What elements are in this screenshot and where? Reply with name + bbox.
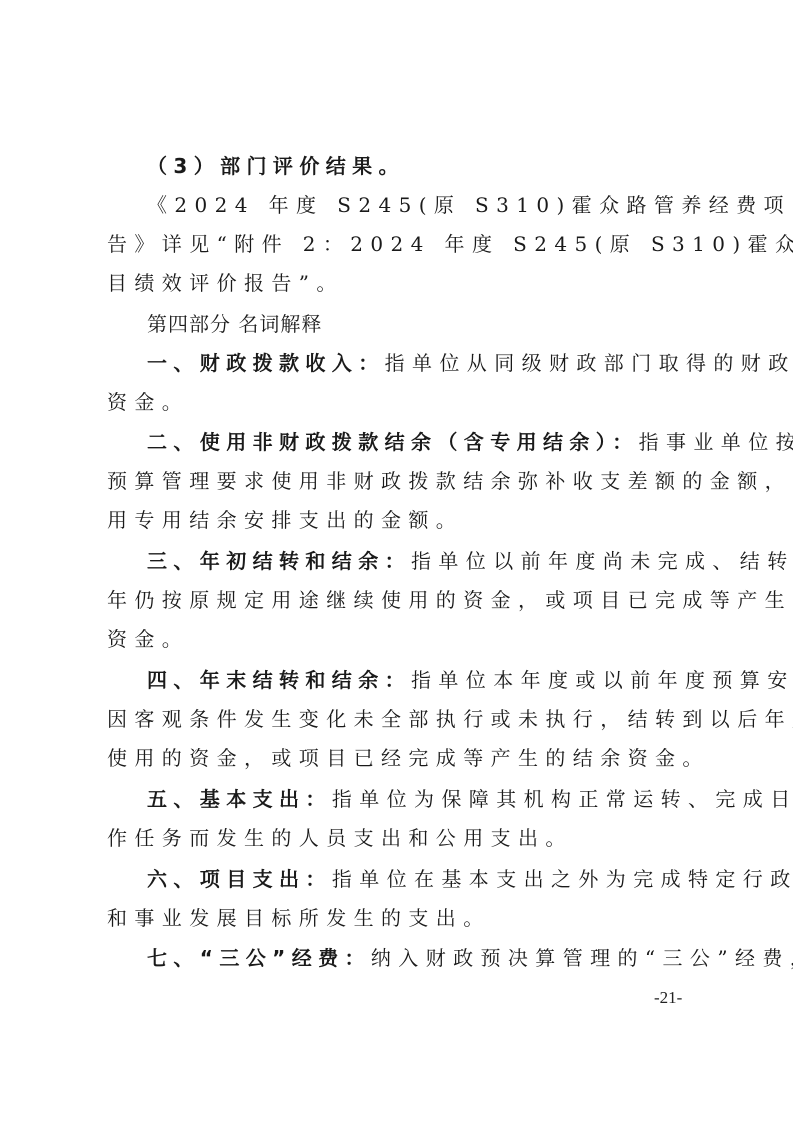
paragraph-line: 作任务而发生的人员支出和公用支出。 xyxy=(107,824,573,852)
paragraph-line: 因客观条件发生变化未全部执行或未执行，结转到以后年度继续 xyxy=(107,705,793,733)
definition-text: 指单位在基本支出之外为完成特定行政任务 xyxy=(332,867,793,891)
term-definition: 六、项目支出：指单位在基本支出之外为完成特定行政任务 xyxy=(147,865,793,893)
term-label: 四、年末结转和结余： xyxy=(147,668,411,692)
paragraph-line: 《2024 年度 S245(原 S310)霍众路管养经费项目绩效评价报 xyxy=(147,191,793,219)
page-number: -21- xyxy=(654,988,682,1008)
paragraph-line: 用专用结余安排支出的金额。 xyxy=(107,506,463,534)
paragraph-line: 和事业发展目标所发生的支出。 xyxy=(107,904,491,932)
definition-text: 指单位本年度或以前年度预算安排、 xyxy=(411,668,793,692)
term-definition: 五、基本支出：指单位为保障其机构正常运转、完成日常工 xyxy=(147,785,793,813)
paragraph-line: 使用的资金，或项目已经完成等产生的结余资金。 xyxy=(107,744,710,772)
paragraph-line: 告》详见“附件 2：2024 年度 S245(原 S310)霍众路管养经费项 xyxy=(107,230,793,258)
paragraph-line: 年仍按原规定用途继续使用的资金，或项目已完成等产生的结余 xyxy=(107,586,793,614)
term-definition: 三、年初结转和结余：指单位以前年度尚未完成、结转到本 xyxy=(147,547,793,575)
definition-text: 纳入财政预决算管理的“三公”经费， xyxy=(371,946,793,970)
term-label: 五、基本支出： xyxy=(147,787,332,811)
paragraph-line: 资金。 xyxy=(107,625,189,653)
part-title: 第四部分 名词解释 xyxy=(147,310,322,338)
term-label: 七、“三公”经费： xyxy=(147,946,371,970)
term-definition: 一、财政拨款收入：指单位从同级财政部门取得的财政预算 xyxy=(147,349,793,377)
section-heading-evaluation-results: （3）部门评价结果。 xyxy=(147,152,405,180)
term-definition: 七、“三公”经费：纳入财政预决算管理的“三公”经费， xyxy=(147,944,793,972)
term-label: 六、项目支出： xyxy=(147,867,332,891)
paragraph-line: 预算管理要求使用非财政拨款结余弥补收支差额的金额，以及使 xyxy=(107,467,793,495)
definition-text: 指单位从同级财政部门取得的财政预算 xyxy=(385,351,793,375)
definition-text: 指单位为保障其机构正常运转、完成日常工 xyxy=(332,787,793,811)
term-label: 二、使用非财政拨款结余（含专用结余）： xyxy=(147,430,639,454)
term-label: 一、财政拨款收入： xyxy=(147,351,385,375)
definition-text: 指事业单位按照 xyxy=(639,430,793,454)
term-definition: 四、年末结转和结余：指单位本年度或以前年度预算安排、 xyxy=(147,666,793,694)
paragraph-line: 资金。 xyxy=(107,388,189,416)
definition-text: 指单位以前年度尚未完成、结转到本 xyxy=(411,549,793,573)
term-definition: 二、使用非财政拨款结余（含专用结余）：指事业单位按照 xyxy=(147,428,793,456)
paragraph-line: 目绩效评价报告”。 xyxy=(107,269,344,297)
term-label: 三、年初结转和结余： xyxy=(147,549,411,573)
